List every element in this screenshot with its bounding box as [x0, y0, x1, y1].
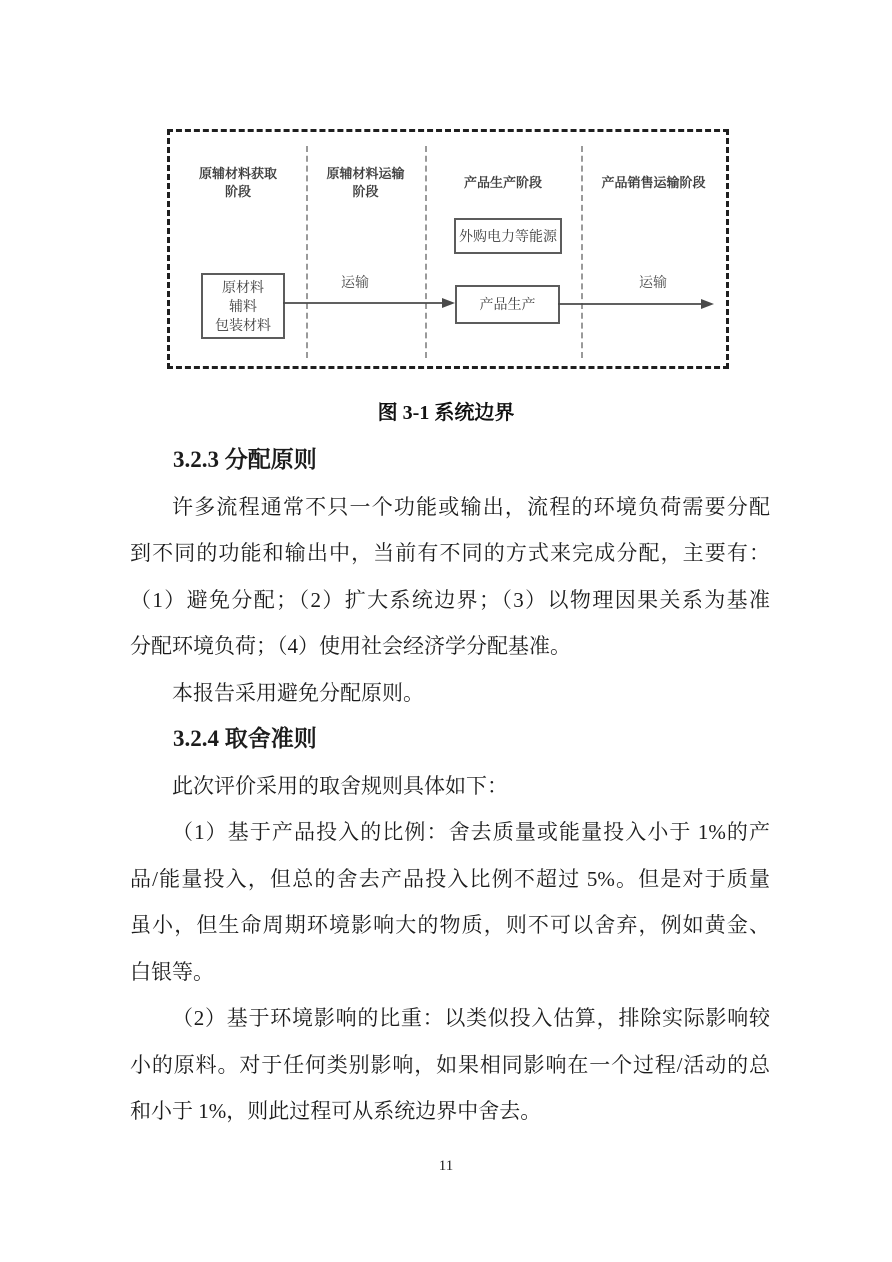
transport-arrow-2-icon [558, 295, 714, 313]
transport-label-2: 运输 [613, 272, 693, 292]
transport-label-1: 运输 [315, 272, 395, 292]
materials-box: 原材料 辅料 包装材料 [201, 273, 285, 339]
para-rule1-line: 虽小，但生命周期环境影响大的物质，则不可以舍弃，例如黄金、 [130, 902, 770, 949]
para-rule2-line: 和小于 1%，则此过程可从系统边界中舍去。 [130, 1088, 770, 1135]
stage-title-acquisition: 原辅材料获取 阶段 [170, 160, 306, 206]
figure-caption: 图 3-1 系统边界 [0, 396, 892, 425]
para-rule1-line: （1）基于产品投入的比例：舍去质量或能量投入小于 1%的产 [130, 809, 770, 856]
para-allocation-line: 到不同的功能和输出中，当前有不同的方式来完成分配，主要有： [130, 530, 770, 577]
document-body: 3.2.3 分配原则 许多流程通常不只一个功能或输出，流程的环境负荷需要分配 到… [130, 437, 770, 1135]
para-report-line: 本报告采用避免分配原则。 [130, 670, 770, 717]
page-number: 11 [0, 1158, 892, 1175]
para-rule1-line: 品/能量投入，但总的舍去产品投入比例不超过 5%。但是对于质量 [130, 856, 770, 903]
stage-title-sales-transport: 产品销售运输阶段 [581, 160, 726, 206]
system-boundary-diagram: 原辅材料获取 阶段 原辅材料运输 阶段 产品生产阶段 产品销售运输阶段 原材料 … [167, 129, 729, 369]
para-rule2-line: （2）基于环境影响的比重：以类似投入估算，排除实际影响较 [130, 995, 770, 1042]
transport-arrow-1-icon [283, 294, 455, 312]
stage-title-production: 产品生产阶段 [425, 160, 581, 206]
stage-title-transport: 原辅材料运输 阶段 [306, 160, 425, 206]
product-production-box: 产品生产 [455, 285, 560, 324]
heading-3-2-3: 3.2.3 分配原则 [130, 437, 770, 484]
purchased-energy-box: 外购电力等能源 [454, 218, 562, 254]
para-allocation-line: （1）避免分配；（2）扩大系统边界；（3）以物理因果关系为基准 [130, 577, 770, 624]
heading-3-2-4: 3.2.4 取舍准则 [130, 716, 770, 763]
para-rule1-line: 白银等。 [130, 949, 770, 996]
para-allocation-line: 分配环境负荷；（4）使用社会经济学分配基准。 [130, 623, 770, 670]
para-allocation-line: 许多流程通常不只一个功能或输出，流程的环境负荷需要分配 [130, 484, 770, 531]
para-rule2-line: 小的原料。对于任何类别影响，如果相同影响在一个过程/活动的总 [130, 1042, 770, 1089]
document-page: 原辅材料获取 阶段 原辅材料运输 阶段 产品生产阶段 产品销售运输阶段 原材料 … [0, 0, 892, 1262]
para-rules-intro-line: 此次评价采用的取舍规则具体如下： [130, 763, 770, 810]
